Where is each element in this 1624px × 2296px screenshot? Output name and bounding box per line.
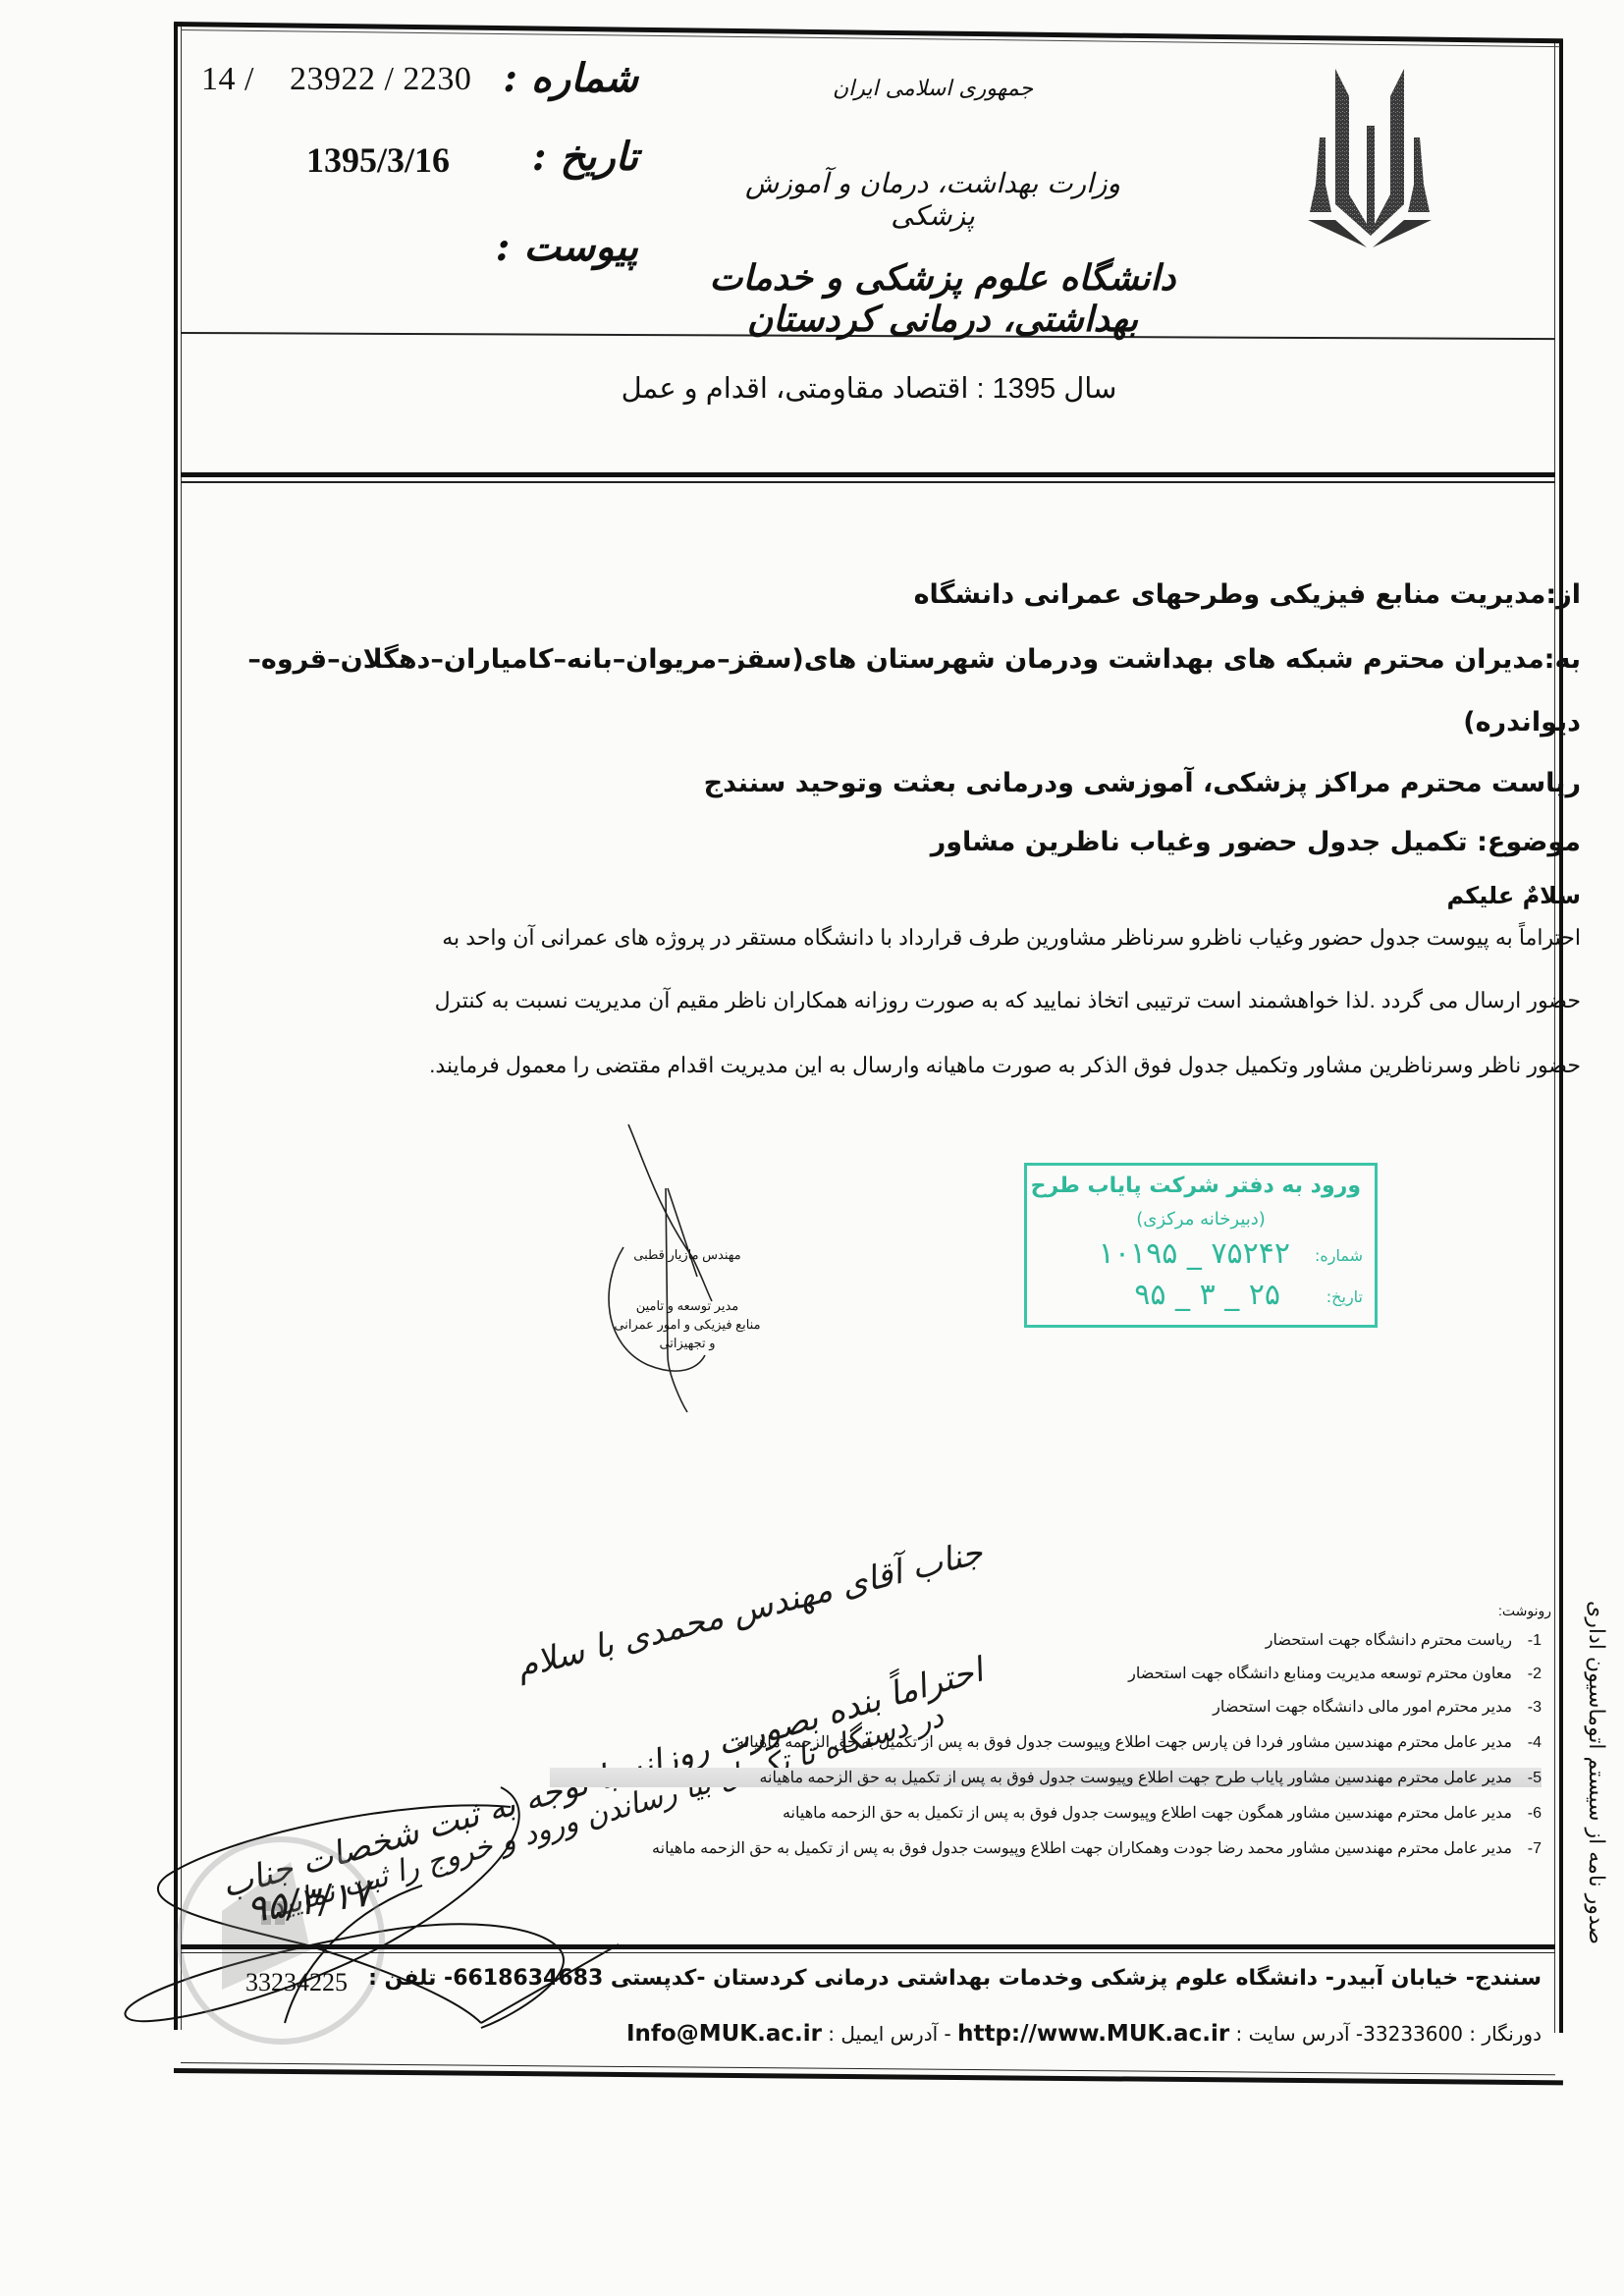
greeting: سلامٌ علیکم [982,882,1581,909]
footer-top-rule-thin [181,1952,1555,1953]
stamp-title: ورود به دفتر شرکت پایاب طرح [1031,1174,1361,1198]
page-border-right [1559,39,1563,2033]
stamp-number-value: ۱۰۱۹۵ _ ۷۵۲۴۲ [1099,1236,1290,1271]
body-paragraph-line: حضور ارسال می گردد .لذا خواهشمند است ترت… [196,988,1581,1013]
letter-number-value: 14 / 23922 / 2230 [201,61,471,98]
letterhead-bottom-rule [181,472,1555,477]
stamp-date-value: ۹۵ _ ۳ _ ۲۵ [1134,1278,1280,1312]
cc-item-number: 6- [1512,1805,1542,1823]
cc-item-text: مدیر عامل محترم مهندسین مشاور فردا فن پا… [736,1734,1512,1751]
country-name: جمهوری اسلامی ایران [766,77,1100,101]
signatory-title-line: منابع فیزیکی و امور عمرانی [579,1315,795,1334]
footer-contact: دورنگار : 33233600- آدرس سایت : http://w… [314,2021,1542,2047]
stamp-date-label: تاریخ: [1326,1287,1363,1306]
stamp-number-label: شماره: [1315,1246,1363,1265]
subject-line: موضوع: تکمیل جدول حضور وغیاب ناظرین مشاو… [687,827,1581,857]
letter-date-value: 1395/3/16 [306,139,450,181]
university-emblem-icon [1306,67,1434,251]
cc-item-text: مدیر عامل محترم مهندسین مشاور همگون جهت … [783,1805,1512,1822]
cc-list-title: رونوشت: [1394,1603,1551,1619]
attachment-label: پیوست : [491,224,638,270]
cc-list-item-highlighted: 5-مدیر عامل محترم مهندسین مشاور پایاب طر… [550,1768,1542,1787]
cc-item-number: 2- [1512,1666,1542,1683]
letterhead-bottom-rule-thin [181,481,1555,483]
cc-item-text: معاون محترم توسعه مدیریت ومنابع دانشگاه … [1128,1666,1512,1682]
website-link[interactable]: http://www.MUK.ac.ir [957,2021,1229,2047]
cc-list-item: 4-مدیر عامل محترم مهندسین مشاور فردا فن … [550,1732,1542,1752]
signatory-title: مدیر توسعه و تامین منابع فیزیکی و امور ع… [579,1296,795,1352]
body-paragraph-line: حضور ناظر وسرناظرین مشاور وتکمیل جدول فو… [196,1053,1581,1078]
footer-phone: 33234225 [245,1968,348,1997]
signatory-title-line: و تجهیزاتی [579,1334,795,1352]
cc-item-number: 4- [1512,1734,1542,1752]
cc-list-item: 6-مدیر عامل محترم مهندسین مشاور همگون جه… [550,1803,1542,1823]
cc-item-number: 1- [1512,1632,1542,1650]
cc-list-item: 3-مدیر محترم امور مالی دانشگاه جهت استحض… [550,1697,1542,1717]
round-seal-icon [177,1836,385,2045]
signatory-title-line: مدیر توسعه و تامین [579,1296,795,1315]
footer-fax-label: دورنگار : 33233600- آدرس سایت : [1236,2022,1542,2046]
cc-item-text: مدیر عامل محترم مهندسین مشاور پایاب طرح … [759,1770,1512,1786]
cc-list-item: 1-ریاست محترم دانشگاه جهت استحضار [550,1630,1542,1650]
university-name: دانشگاه علوم پزشکی و خدمات بهداشتی، درما… [648,257,1237,340]
year-slogan: سال 1395 : اقتصاد مقاومتی، اقدام و عمل [550,371,1188,406]
cc-list-item: 2-معاون محترم توسعه مدیریت ومنابع دانشگا… [550,1664,1542,1683]
stamp-subtitle: (دبیرخانه مرکزی) [1027,1209,1375,1230]
cc-item-number: 5- [1512,1770,1542,1787]
cc-list-item: 7-مدیر عامل محترم مهندسین مشاور محمد رضا… [550,1838,1542,1858]
page-border-left [174,22,178,2030]
sender-line: از:مدیریت منابع فیزیکی وطرحهای عمرانی دا… [589,579,1581,610]
letter-date-label: تاریخ : [491,134,638,180]
letter-number-label: شماره : [491,55,638,101]
recipient-line-2: ریاست محترم مراکز پزشکی، آموزشی ودرمانی … [687,768,1581,798]
cc-item-text: مدیر محترم امور مالی دانشگاه جهت استحضار [1213,1699,1512,1716]
recipient-line: به:مدیران محترم شبکه های بهداشت ودرمان ش… [226,644,1581,675]
footer-address: سنندج- خیابان آبیدر- دانشگاه علوم پزشکی … [363,1966,1542,1991]
email-link[interactable]: Info@MUK.ac.ir [626,2021,822,2047]
footer-top-rule [181,1944,1555,1949]
receipt-stamp: ورود به دفتر شرکت پایاب طرح (دبیرخانه مر… [1024,1163,1378,1328]
signatory-name: مهندس مازیار قطبی [589,1247,785,1263]
signature-scribble-icon [589,1120,785,1414]
cc-item-text: ریاست محترم دانشگاه جهت استحضار [1266,1632,1512,1649]
cc-item-number: 7- [1512,1840,1542,1858]
recipient-line-continued: دیواندره) [982,707,1581,738]
footer-email-label: - آدرس ایمیل : [828,2022,950,2046]
body-paragraph-line: احتراماً به پیوست جدول حضور وغیاب ناظرو … [196,925,1581,951]
page-border-bottom [174,2068,1563,2085]
page-border-left-inner [181,22,182,2030]
cc-item-text: مدیر عامل محترم مهندسین مشاور محمد رضا ج… [652,1840,1512,1857]
cc-item-number: 3- [1512,1699,1542,1717]
ministry-name: وزارت بهداشت، درمان و آموزش پزشکی [727,167,1139,232]
automation-system-note: صدور نامه از سیستم اتوماسیون اداری [1569,1532,1608,1944]
